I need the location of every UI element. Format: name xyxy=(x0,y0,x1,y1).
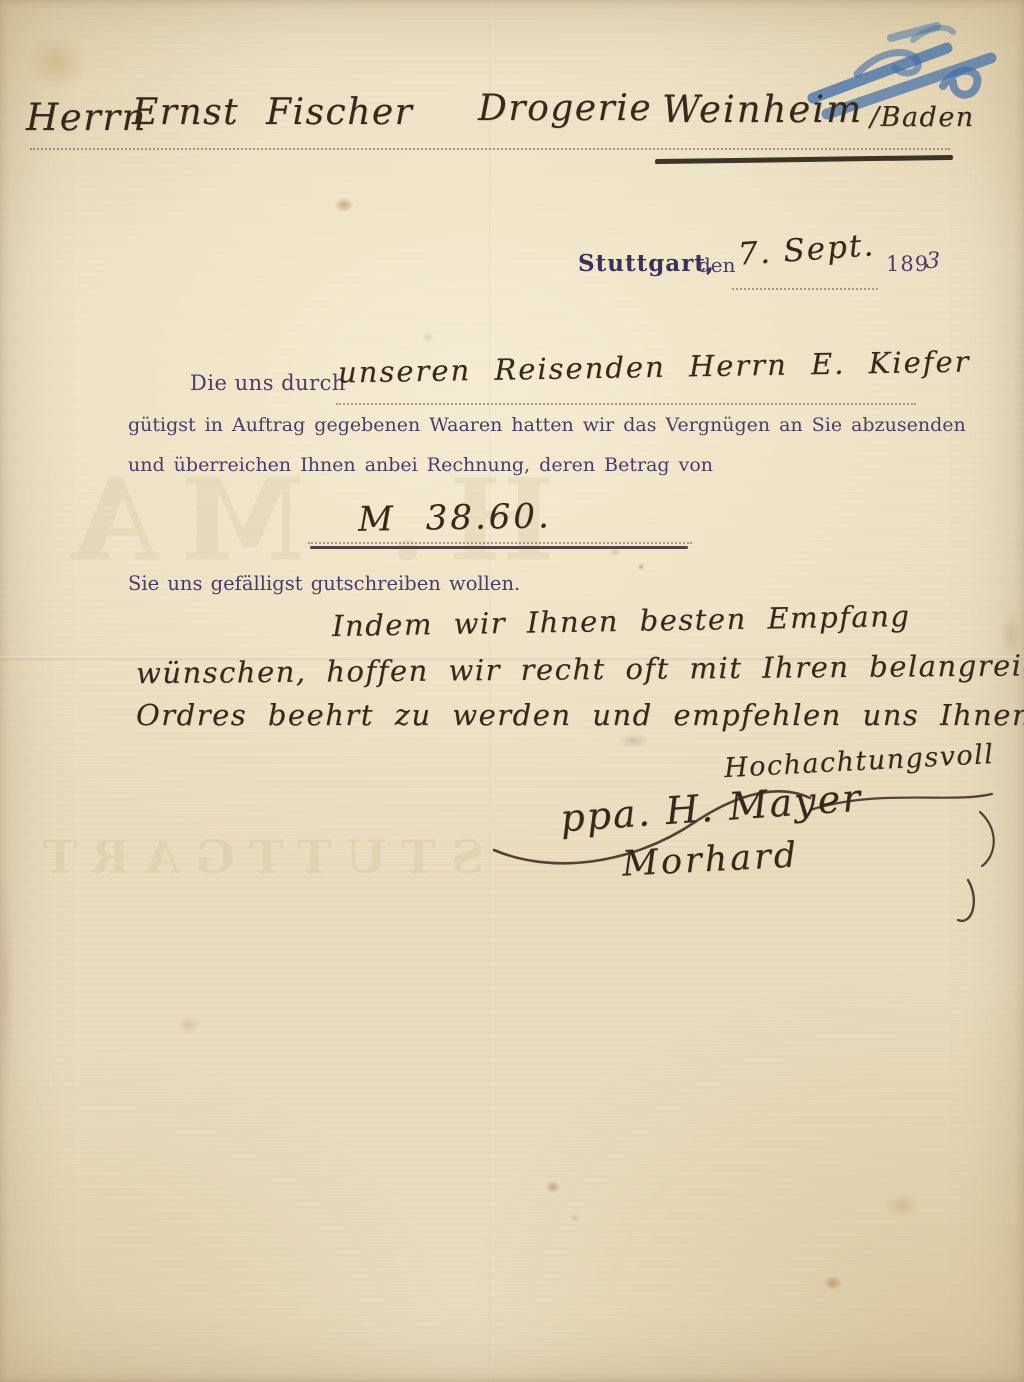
letter-page: H. MA STUTTGART Herrn Ernst Fischer Drog… xyxy=(0,0,1024,1382)
stain xyxy=(612,730,656,752)
dateline-prefix: den xyxy=(698,253,736,277)
amount-rule xyxy=(308,512,692,544)
stain xyxy=(542,1178,564,1196)
stain xyxy=(12,22,102,102)
body-intro-rule xyxy=(336,373,916,405)
dateline-year: 189 xyxy=(886,252,929,276)
amount-underline xyxy=(310,546,688,549)
body-paragraph-3: Sie uns gefälligst gutschreiben wollen. xyxy=(128,572,520,595)
fold-crease-vertical xyxy=(489,0,492,1382)
stain xyxy=(420,330,436,344)
body-intro-printed: Die uns durch xyxy=(190,371,346,395)
stain xyxy=(820,1272,846,1294)
bleedthrough-city: STUTTGART xyxy=(28,830,484,884)
dateline-year-digit: 3 xyxy=(926,249,940,274)
closing-line-3: Ordres beehrt zu werden und empfehlen un… xyxy=(136,698,1024,732)
stain xyxy=(172,1012,206,1038)
weinheim-underline xyxy=(655,155,953,164)
stain xyxy=(878,1188,926,1224)
dateline-city: Stuttgart, xyxy=(578,250,715,277)
stain xyxy=(636,562,646,572)
stain xyxy=(568,1212,582,1224)
dateline-rule xyxy=(732,258,878,290)
address-rule xyxy=(30,118,950,150)
stain xyxy=(330,194,358,216)
body-paragraph-1: gütigst in Auftrag gegebenen Waaren hatt… xyxy=(128,414,966,436)
closing-line-1: Indem wir Ihnen besten Empfang xyxy=(332,599,911,643)
stain xyxy=(0,836,18,1136)
body-paragraph-2: und überreichen Ihnen anbei Rechnung, de… xyxy=(128,454,713,476)
closing-line-2: wünschen, hoffen wir recht oft mit Ihren… xyxy=(136,648,1024,690)
